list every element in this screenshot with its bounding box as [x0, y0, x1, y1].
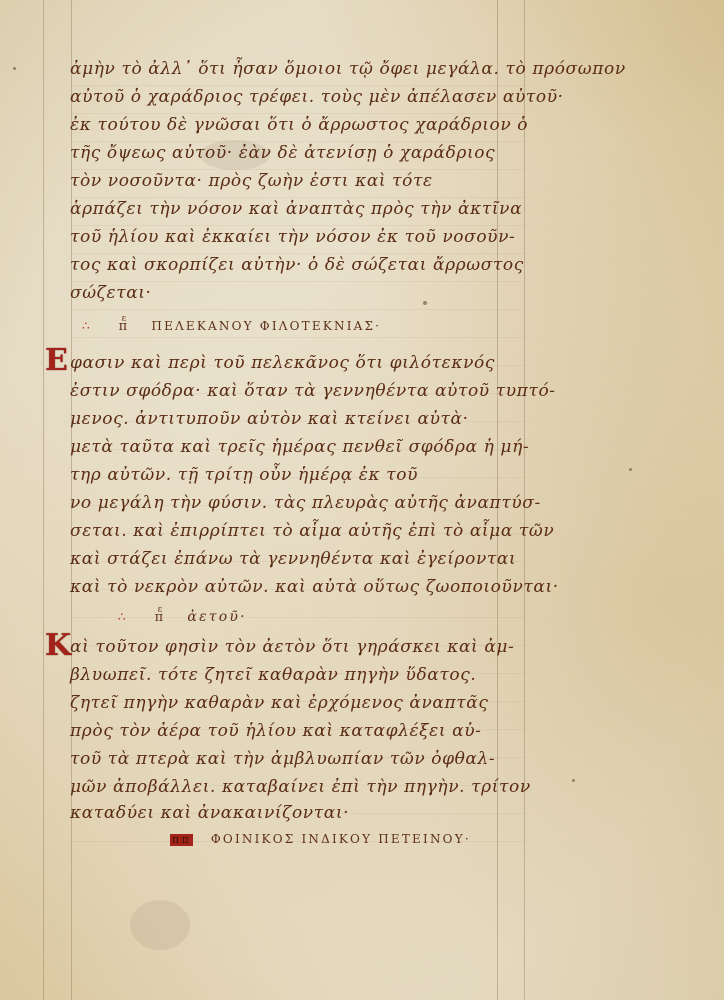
text-line: τοῦ τὰ πτερὰ καὶ τὴν ἀμβλυωπίαν τῶν ὀφθα…	[70, 746, 530, 772]
manuscript-page: ἀμὴν τὸ ἀλλ᾽ ὅτι ἦσαν ὅμοιοι τῷ ὄφει μεγ…	[0, 0, 724, 1000]
text-line: φασιν καὶ περὶ τοῦ πελεκᾶνος ὅτι φιλότεκ…	[70, 350, 530, 376]
text-line: καὶ στάζει ἐπάνω τὰ γεννηθέντα καὶ ἐγείρ…	[70, 546, 530, 572]
text-line: ἁρπάζει τὴν νόσον καὶ ἀναπτὰς πρὸς τὴν ἀ…	[70, 196, 530, 222]
text-line: τος καὶ σκορπίζει αὐτὴν· ὁ δὲ σώζεται ἄρ…	[70, 252, 530, 278]
text-line: ἐστιν σφόδρα· καὶ ὅταν τὰ γεννηθέντα αὐτ…	[70, 378, 530, 404]
left-outer-ruling	[43, 0, 44, 1000]
text-line: τοῦ ἡλίου καὶ ἐκκαίει τὴν νόσον ἐκ τοῦ ν…	[70, 224, 530, 250]
rubric-dots-icon: ∴	[82, 319, 91, 333]
text-line: τὸν νοσοῦντα· πρὸς ζωὴν ἐστι καὶ τότε	[70, 168, 530, 194]
text-line: μετὰ ταῦτα καὶ τρεῖς ἡμέρας πενθεῖ σφόδρ…	[70, 434, 530, 460]
text-line: ἀμὴν τὸ ἀλλ᾽ ὅτι ἦσαν ὅμοιοι τῷ ὄφει μεγ…	[70, 56, 530, 82]
ink-spot	[572, 779, 575, 782]
chapter-number: πε	[119, 319, 130, 334]
text-line: νο μεγάλη τὴν φύσιν. τὰς πλευρὰς αὐτῆς ἀ…	[70, 490, 530, 516]
ink-spot	[629, 468, 632, 471]
text-line: καὶ τὸ νεκρὸν αὐτῶν. καὶ αὐτὰ οὕτως ζωοπ…	[70, 574, 530, 600]
rubric-dots-icon: ∴	[118, 610, 127, 624]
section-heading-eagle: ∴ πε ἀετοῦ·	[118, 604, 578, 630]
text-line: πρὸς τὸν ἀέρα τοῦ ἡλίου καὶ καταφλέξει α…	[70, 718, 530, 744]
rubric-chapter-mark: ππ	[170, 834, 193, 846]
text-line: τηρ αὐτῶν. τῇ τρίτῃ οὖν ἡμέρᾳ ἐκ τοῦ	[70, 462, 530, 488]
text-line: ζητεῖ πηγὴν καθαρὰν καὶ ἐρχόμενος ἀναπτᾶ…	[70, 690, 530, 716]
horizontal-ruling	[71, 309, 524, 310]
text-line: ἐκ τούτου δὲ γνῶσαι ὅτι ὁ ἄρρωστος χαράδ…	[70, 112, 530, 138]
text-line: βλυωπεῖ. τότε ζητεῖ καθαρὰν πηγὴν ὕδατος…	[70, 662, 530, 688]
text-line: μῶν ἀποβάλλει. καταβαίνει ἐπὶ τὴν πηγὴν.…	[70, 774, 530, 800]
text-line: μενος. ἀντιτυποῦν αὐτὸν καὶ κτείνει αὐτὰ…	[70, 406, 530, 432]
ink-spot	[13, 67, 16, 70]
text-line: σώζεται·	[70, 280, 530, 306]
heading-text: ἀετοῦ·	[187, 609, 246, 625]
text-line: καταδύει καὶ ἀνακαινίζονται·	[70, 800, 530, 826]
text-line: αὶ τοῦτον φησὶν τὸν ἀετὸν ὅτι γηράσκει κ…	[70, 634, 530, 660]
heading-text: ΠΕΛΕΚΑΝΟΥ ΦΙΛΟΤΕΚΝΙΑΣ·	[151, 319, 381, 333]
text-line: αὐτοῦ ὁ χαράδριος τρέφει. τοὺς μὲν ἀπέλα…	[70, 84, 530, 110]
text-line: σεται. καὶ ἐπιρρίπτει τὸ αἷμα αὐτῆς ἐπὶ …	[70, 518, 530, 544]
section-heading-phoenix: ππ ΦΟΙΝΙΚΟΣ ΙΝΔΙΚΟΥ ΠΕΤΕΙΝΟΥ·	[170, 826, 630, 852]
text-line: τῆς ὄψεως αὐτοῦ· ἐὰν δὲ ἀτενίσῃ ὁ χαράδρ…	[70, 140, 530, 166]
decorated-initial: Ε	[45, 343, 68, 378]
section-heading-pelican: ∴ πε ΠΕΛΕΚΑΝΟΥ ΦΙΛΟΤΕΚΝΙΑΣ·	[82, 313, 542, 339]
heading-text: ΦΟΙΝΙΚΟΣ ΙΝΔΙΚΟΥ ΠΕΤΕΙΝΟΥ·	[211, 832, 471, 846]
chapter-number: πε	[155, 610, 166, 625]
parchment-stain	[130, 900, 190, 950]
decorated-initial: Κ	[45, 628, 71, 663]
